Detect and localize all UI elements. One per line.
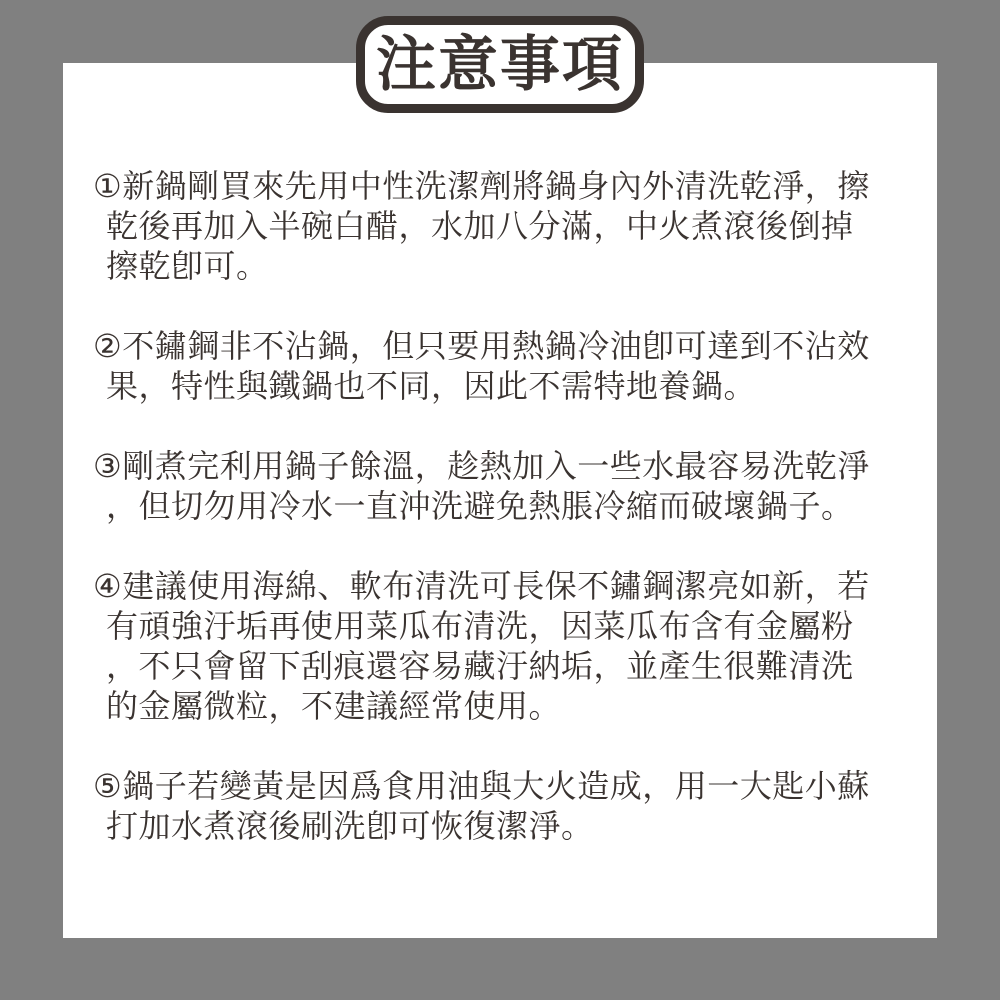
note-line: 擦乾卽可。: [93, 246, 909, 286]
note-line: 果，特性與鐵鍋也不同，因此不需特地養鍋。: [93, 366, 909, 406]
page-background: 注意事項 ①新鍋剛買來先用中性洗潔劑將鍋身內外清洗乾淨，擦乾後再加入半碗白醋，水…: [0, 0, 1000, 1000]
page-title: 注意事項: [376, 35, 624, 95]
note-item: ⑤鍋子若變黃是因爲食用油與大火造成，用一大匙小蘇打加水煮滾後刷洗卽可恢復潔淨。: [93, 766, 909, 846]
note-line: ③剛煮完利用鍋子餘溫，趁熱加入一些水最容易洗乾淨: [93, 446, 909, 486]
note-item: ②不鏽鋼非不沾鍋，但只要用熱鍋冷油卽可達到不沾效果，特性與鐵鍋也不同，因此不需特…: [93, 326, 909, 406]
note-line: 打加水煮滾後刷洗卽可恢復潔淨。: [93, 806, 909, 846]
note-line: ⑤鍋子若變黃是因爲食用油與大火造成，用一大匙小蘇: [93, 766, 909, 806]
note-line: 的金屬微粒，不建議經常使用。: [93, 686, 909, 726]
note-item: ④建議使用海綿、軟布清洗可長保不鏽鋼潔亮如新，若有頑強汙垢再使用菜瓜布清洗，因菜…: [93, 566, 909, 726]
note-number: ③: [93, 447, 122, 485]
note-item: ①新鍋剛買來先用中性洗潔劑將鍋身內外清洗乾淨，擦乾後再加入半碗白醋，水加八分滿，…: [93, 166, 909, 286]
note-number: ①: [93, 167, 122, 205]
note-number: ④: [93, 567, 122, 605]
note-number: ②: [93, 327, 122, 365]
note-item: ③剛煮完利用鍋子餘溫，趁熱加入一些水最容易洗乾淨，但切勿用冷水一直沖洗避免熱脹冷…: [93, 446, 909, 526]
title-box: 注意事項: [356, 16, 644, 113]
note-line: ，但切勿用冷水一直沖洗避免熱脹冷縮而破壞鍋子。: [93, 486, 909, 526]
note-number: ⑤: [93, 767, 122, 805]
note-line: ④建議使用海綿、軟布清洗可長保不鏽鋼潔亮如新，若: [93, 566, 909, 606]
note-line: 乾後再加入半碗白醋，水加八分滿，中火煮滾後倒掉: [93, 206, 909, 246]
note-line: ②不鏽鋼非不沾鍋，但只要用熱鍋冷油卽可達到不沾效: [93, 326, 909, 366]
note-line: 有頑強汙垢再使用菜瓜布清洗，因菜瓜布含有金屬粉: [93, 606, 909, 646]
note-line: ，不只會留下刮痕還容易藏汙納垢，並產生很難清洗: [93, 646, 909, 686]
notes-list: ①新鍋剛買來先用中性洗潔劑將鍋身內外清洗乾淨，擦乾後再加入半碗白醋，水加八分滿，…: [93, 166, 909, 886]
note-line: ①新鍋剛買來先用中性洗潔劑將鍋身內外清洗乾淨，擦: [93, 166, 909, 206]
